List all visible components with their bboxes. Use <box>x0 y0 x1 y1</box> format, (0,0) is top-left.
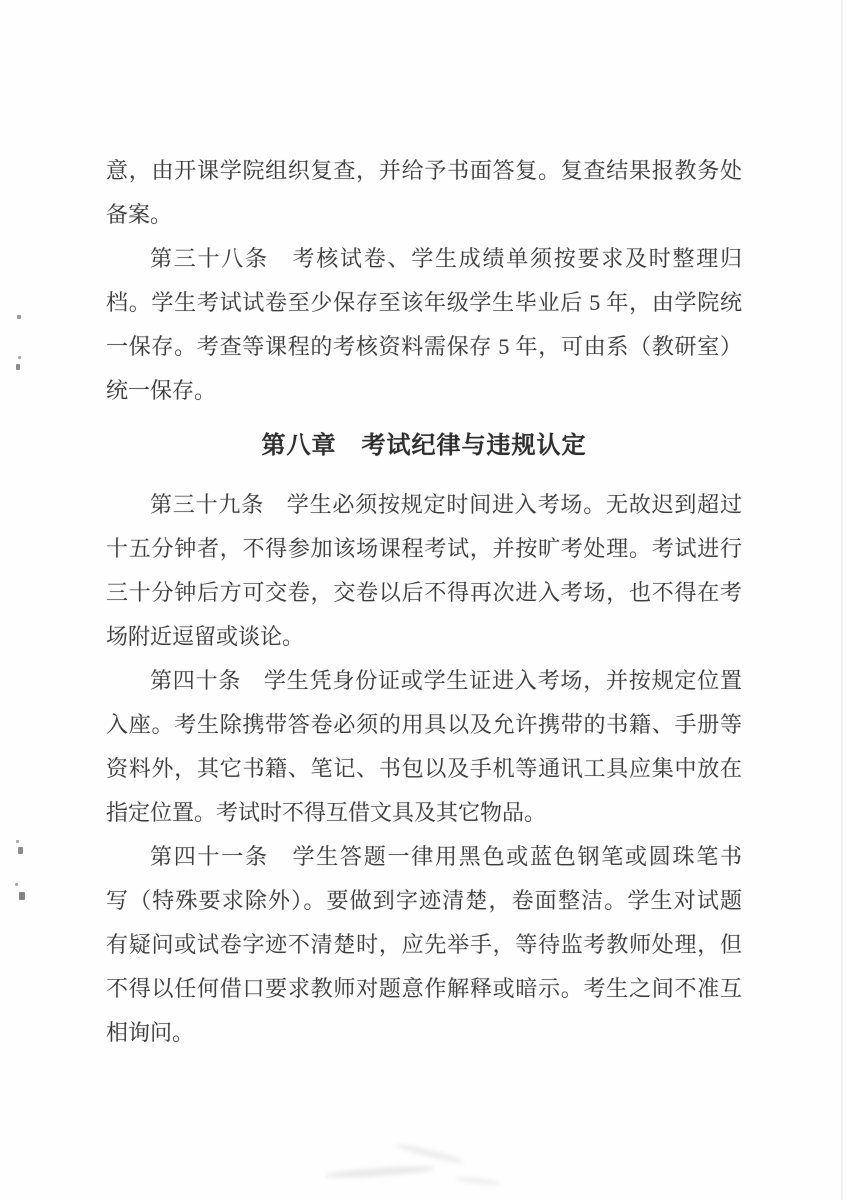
text-line: 写（特殊要求除外）。要做到字迹清楚，卷面整洁。学生对试题 <box>106 879 742 923</box>
margin-speck <box>18 356 21 359</box>
text-line: 档。学生考试试卷至少保存至该年级学生毕业后 5 年，由学院统 <box>106 281 742 325</box>
scanned-document-page: 意，由开课学院组织复查，并给予书面答复。复查结果报教务处备案。第三十八条 考核试… <box>0 0 846 1200</box>
document-body: 意，由开课学院组织复查，并给予书面答复。复查结果报教务处备案。第三十八条 考核试… <box>106 149 742 1055</box>
paragraphs-after-heading: 第三十九条 学生必须按规定时间进入考场。无故迟到超过十五分钟者，不得参加该场课程… <box>106 483 742 1055</box>
paragraphs-before-heading: 意，由开课学院组织复查，并给予书面答复。复查结果报教务处备案。第三十八条 考核试… <box>106 149 742 413</box>
text-line: 资料外，其它书籍、笔记、书包以及手机等通讯工具应集中放在 <box>106 747 742 791</box>
text-line: 相询问。 <box>106 1011 742 1055</box>
text-line: 第三十八条 考核试卷、学生成绩单须按要求及时整理归 <box>106 237 742 281</box>
text-line: 指定位置。考试时不得互借文具及其它物品。 <box>106 791 742 835</box>
text-line: 有疑问或试卷字迹不清楚时，应先举手，等待监考教师处理，但 <box>106 923 742 967</box>
text-line: 备案。 <box>106 193 742 237</box>
text-line: 三十分钟后方可交卷，交卷以后不得再次进入考场，也不得在考 <box>106 571 742 615</box>
text-line: 第三十九条 学生必须按规定时间进入考场。无故迟到超过 <box>106 483 742 527</box>
text-line: 十五分钟者，不得参加该场课程考试，并按旷考处理。考试进行 <box>106 527 742 571</box>
text-line: 第四十条 学生凭身份证或学生证进入考场，并按规定位置 <box>106 659 742 703</box>
bottom-scan-smudge <box>455 1176 500 1187</box>
text-line: 入座。考生除携带答卷必须的用具以及允许携带的书籍、手册等 <box>106 703 742 747</box>
text-line: 一保存。考查等课程的考核资料需保存 5 年，可由系（教研室） <box>106 325 742 369</box>
margin-speck <box>16 364 20 370</box>
text-line: 意，由开课学院组织复查，并给予书面答复。复查结果报教务处 <box>106 149 742 193</box>
text-line: 第四十一条 学生答题一律用黑色或蓝色钢笔或圆珠笔书 <box>106 835 742 879</box>
margin-speck <box>17 315 21 319</box>
margin-speck <box>16 840 19 843</box>
margin-speck <box>19 892 25 900</box>
margin-speck <box>18 847 23 854</box>
chapter-heading: 第八章 考试纪律与违规认定 <box>106 424 742 468</box>
bottom-scan-smudge <box>325 1164 435 1180</box>
bottom-scan-smudge <box>395 1142 465 1166</box>
text-line: 不得以任何借口要求教师对题意作解释或暗示。考生之间不准互 <box>106 967 742 1011</box>
right-edge-scan-line <box>841 0 843 1200</box>
text-line: 统一保存。 <box>106 369 742 413</box>
text-line: 场附近逗留或谈论。 <box>106 615 742 659</box>
margin-speck <box>15 883 18 886</box>
